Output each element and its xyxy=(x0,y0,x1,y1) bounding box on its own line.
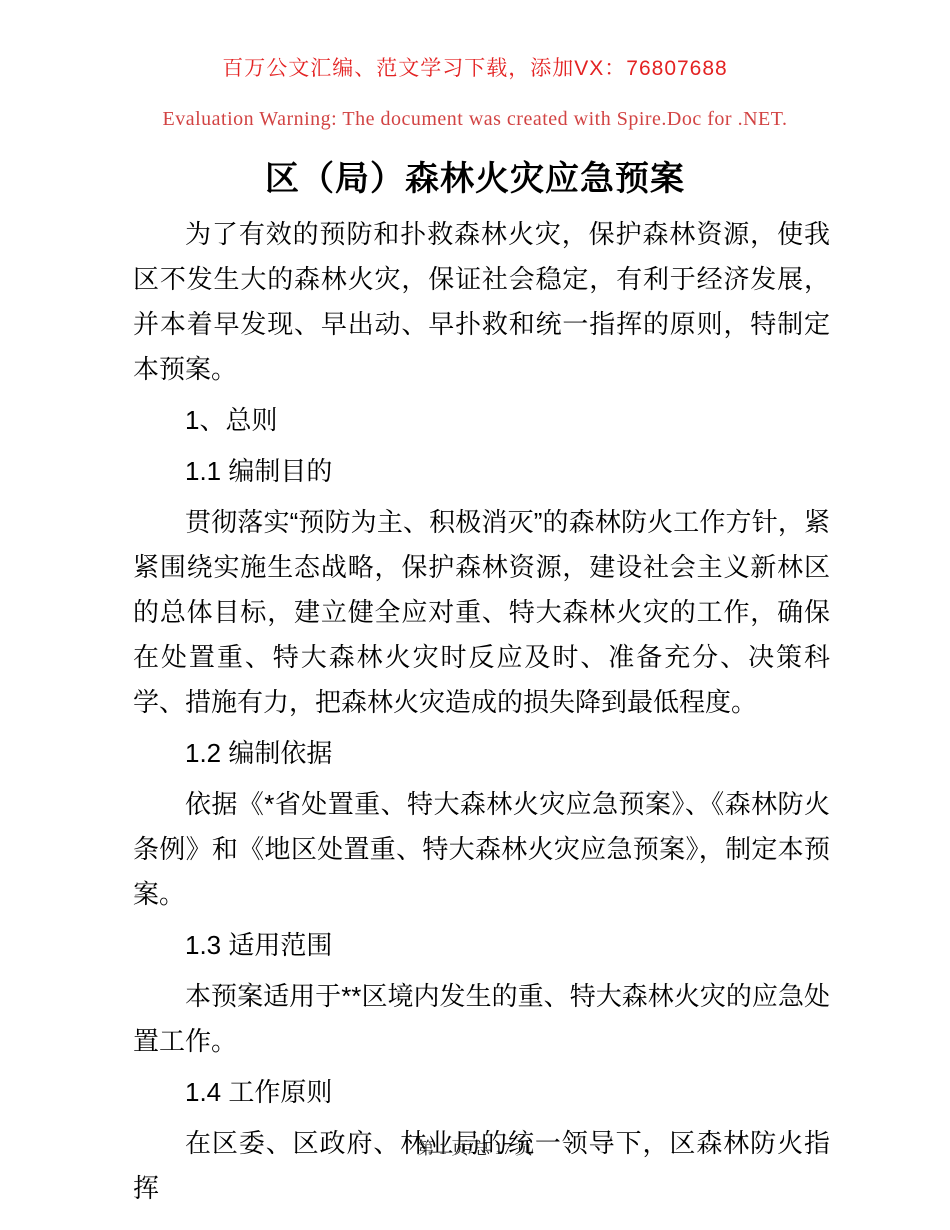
document-body: 为了有效的预防和扑救森林火灾，保护森林资源，使我区不发生大的森林火灾，保证社会稳… xyxy=(133,212,830,1211)
section-heading: 1.4 工作原则 xyxy=(133,1070,830,1115)
paragraph: 为了有效的预防和扑救森林火灾，保护森林资源，使我区不发生大的森林火灾，保证社会稳… xyxy=(133,212,830,392)
page-footer: 第 1 页/总 17 页 xyxy=(0,1134,950,1159)
paragraph: 本预案适用于**区境内发生的重、特大森林火灾的应急处置工作。 xyxy=(133,974,830,1064)
section-heading: 1.1 编制目的 xyxy=(133,449,830,494)
section-heading: 1.3 适用范围 xyxy=(133,923,830,968)
section-heading: 1.2 编制依据 xyxy=(133,731,830,776)
evaluation-warning: Evaluation Warning: The document was cre… xyxy=(0,108,950,131)
document-page: 百万公文汇编、范文学习下载，添加VX：76807688 Evaluation W… xyxy=(0,0,950,1230)
page-title: 区（局）森林火灾应急预案 xyxy=(0,151,950,200)
section-heading: 1、总则 xyxy=(133,398,830,443)
paragraph: 贯彻落实“预防为主、积极消灭”的森林防火工作方针，紧紧围绕实施生态战略，保护森林… xyxy=(133,500,830,725)
header-notice: 百万公文汇编、范文学习下载，添加VX：76807688 xyxy=(0,0,950,82)
paragraph: 依据《*省处置重、特大森林火灾应急预案》、《森林防火条例》和《地区处置重、特大森… xyxy=(133,782,830,917)
